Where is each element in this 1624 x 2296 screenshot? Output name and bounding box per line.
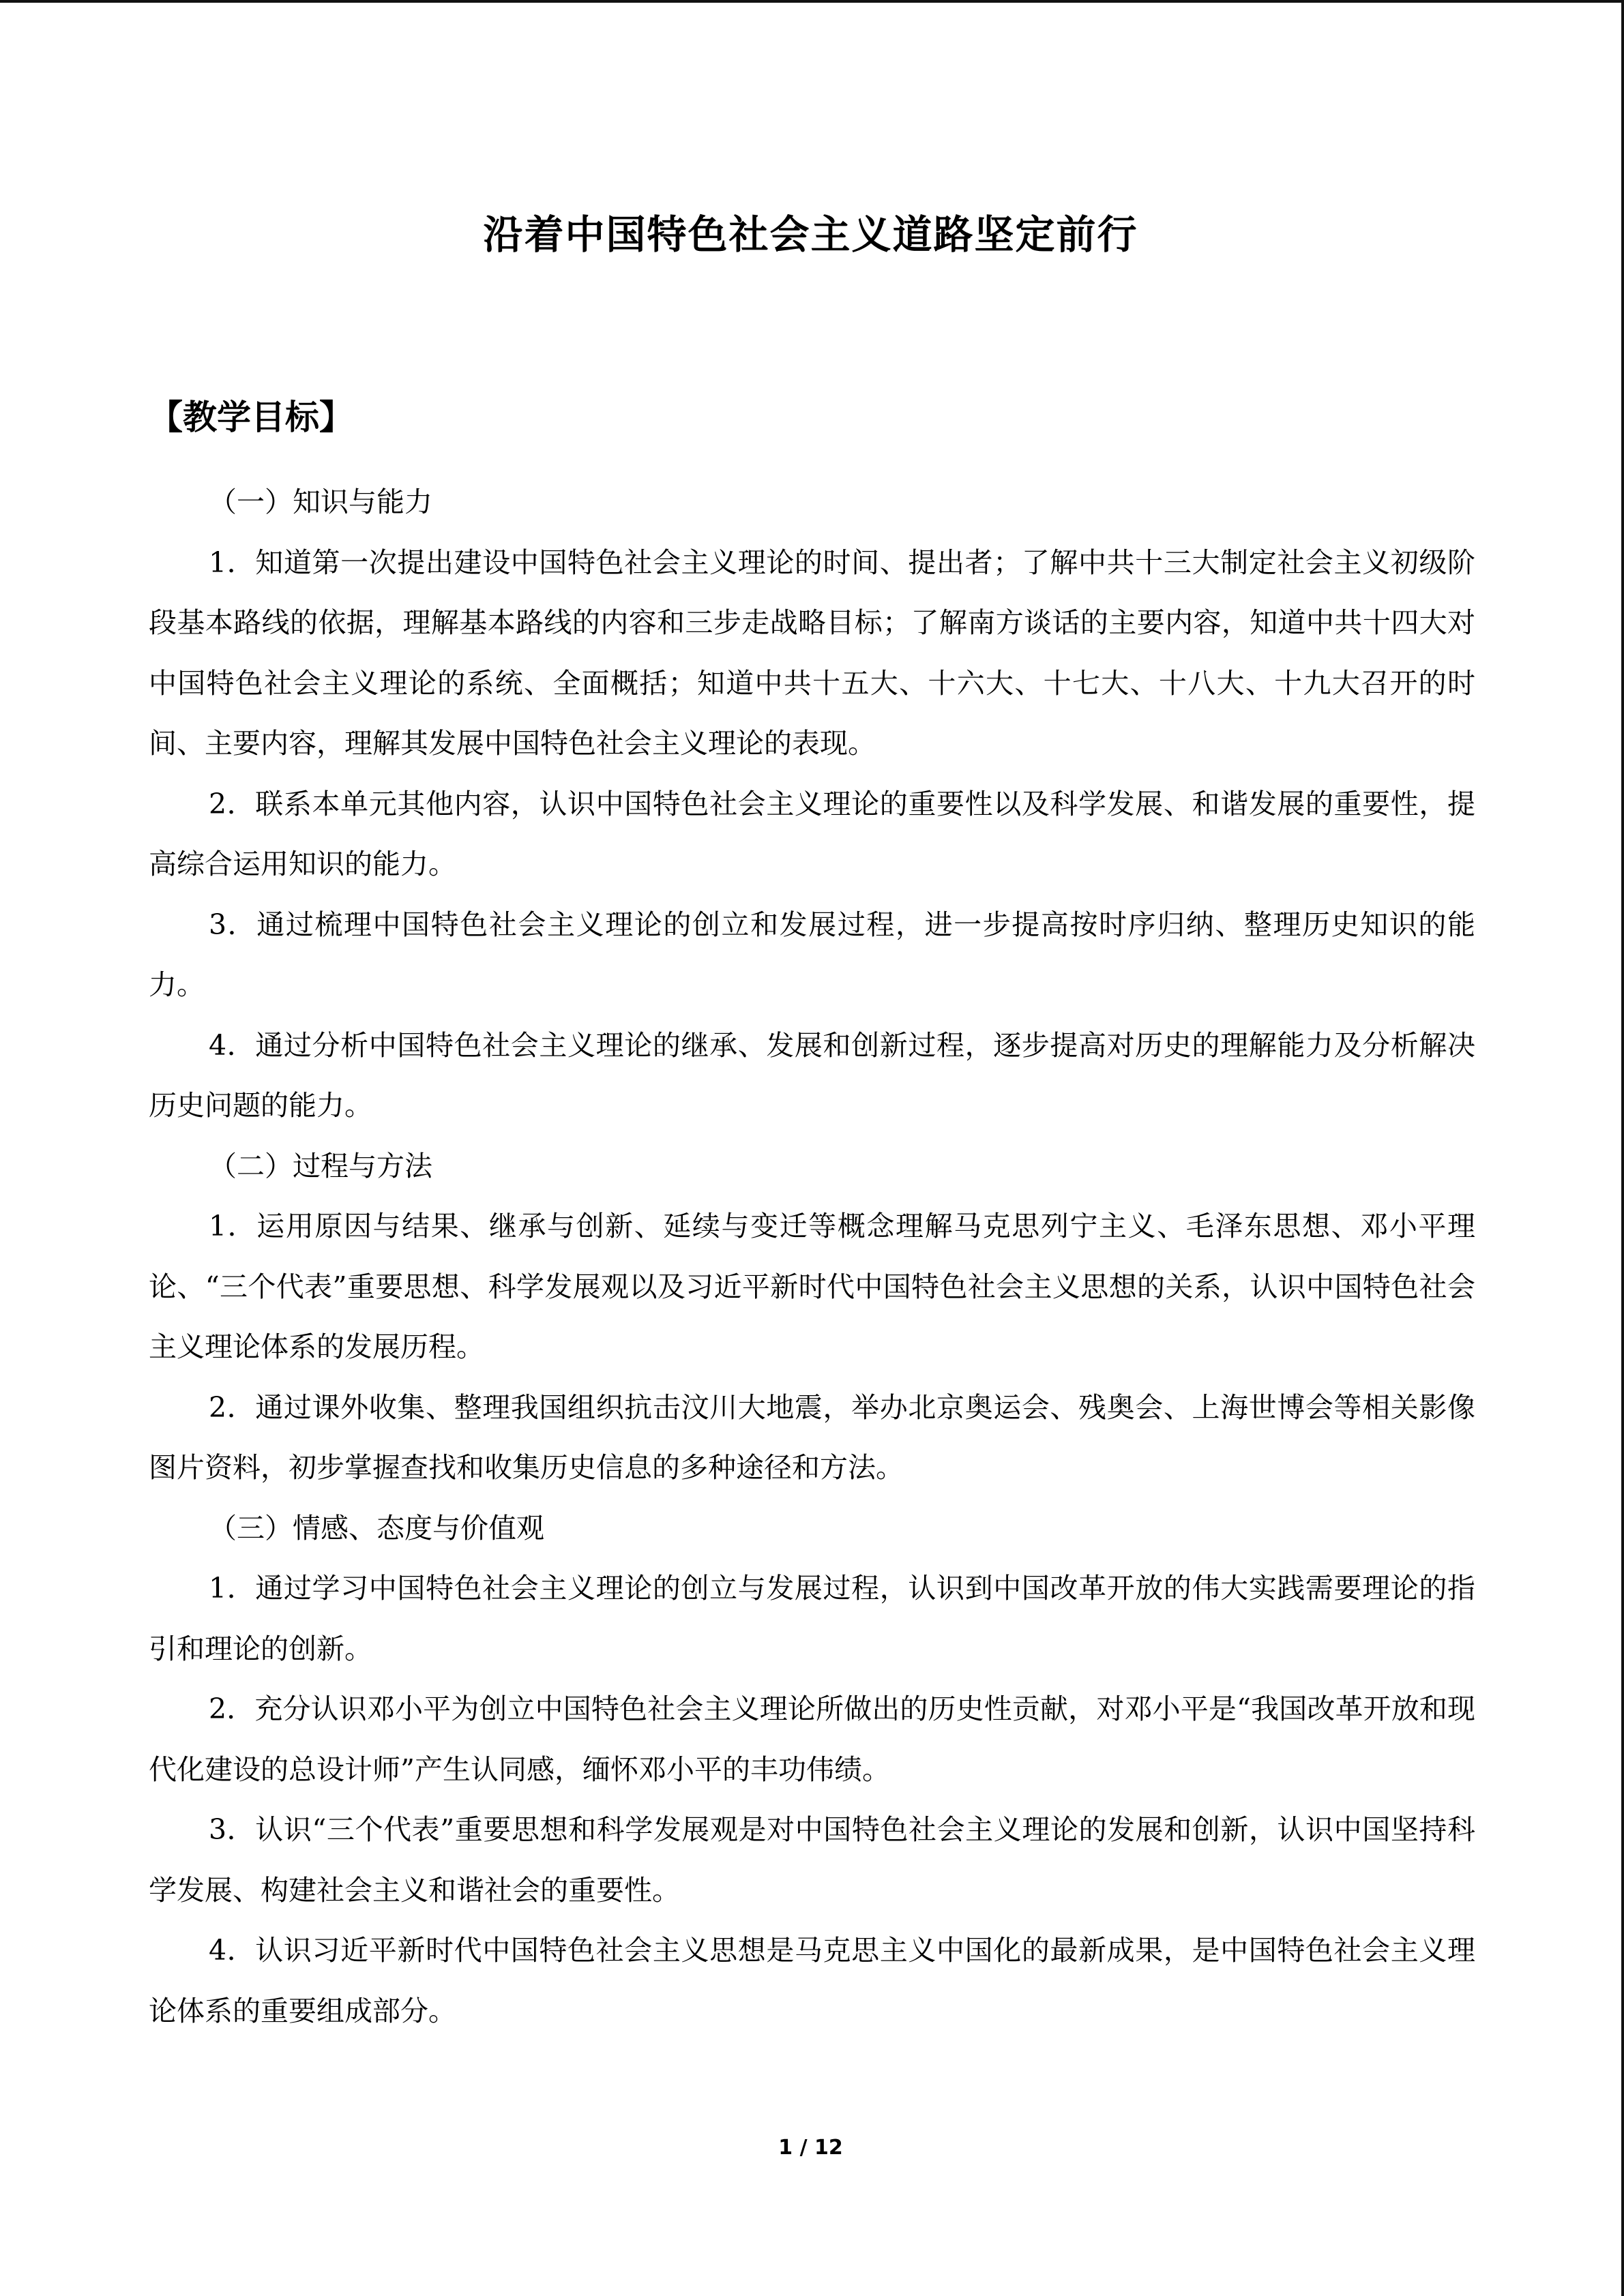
paragraph: 4．通过分析中国特色社会主义理论的继承、发展和创新过程，逐步提高对历史的理解能力… xyxy=(149,1015,1475,1136)
paragraph: 2．充分认识邓小平为创立中国特色社会主义理论所做出的历史性贡献，对邓小平是“我国… xyxy=(149,1679,1475,1800)
paragraph: 1．通过学习中国特色社会主义理论的创立与发展过程，认识到中国改革开放的伟大实践需… xyxy=(149,1558,1475,1679)
document-title: 沿着中国特色社会主义道路坚定前行 xyxy=(0,207,1621,262)
paragraph: 1．运用原因与结果、继承与创新、延续与变迁等概念理解马克思列宁主义、毛泽东思想、… xyxy=(149,1196,1475,1377)
objectives-body: （一）知识与能力 1．知道第一次提出建设中国特色社会主义理论的时间、提出者；了解… xyxy=(149,472,1475,2041)
paragraph: 3．认识“三个代表”重要思想和科学发展观是对中国特色社会主义理论的发展和创新，认… xyxy=(149,1800,1475,1920)
paragraph: 3．通过梳理中国特色社会主义理论的创立和发展过程，进一步提高按时序归纳、整理历史… xyxy=(149,895,1475,1015)
paragraph: 4．认识习近平新时代中国特色社会主义思想是马克思主义中国化的最新成果，是中国特色… xyxy=(149,1920,1475,2041)
subheading-knowledge-ability: （一）知识与能力 xyxy=(149,472,1475,533)
page-number: 1 / 12 xyxy=(0,2136,1621,2160)
section-heading-teaching-objectives: 【教学目标】 xyxy=(149,390,353,445)
paragraph: 2．通过课外收集、整理我国组织抗击汶川大地震，举办北京奥运会、残奥会、上海世博会… xyxy=(149,1377,1475,1498)
paragraph: 1．知道第一次提出建设中国特色社会主义理论的时间、提出者；了解中共十三大制定社会… xyxy=(149,533,1475,774)
paragraph: 2．联系本单元其他内容，认识中国特色社会主义理论的重要性以及科学发展、和谐发展的… xyxy=(149,774,1475,895)
subheading-process-method: （二）过程与方法 xyxy=(149,1136,1475,1197)
document-page: 沿着中国特色社会主义道路坚定前行 【教学目标】 （一）知识与能力 1．知道第一次… xyxy=(0,0,1624,2296)
subheading-emotion-attitude-values: （三）情感、态度与价值观 xyxy=(149,1498,1475,1559)
